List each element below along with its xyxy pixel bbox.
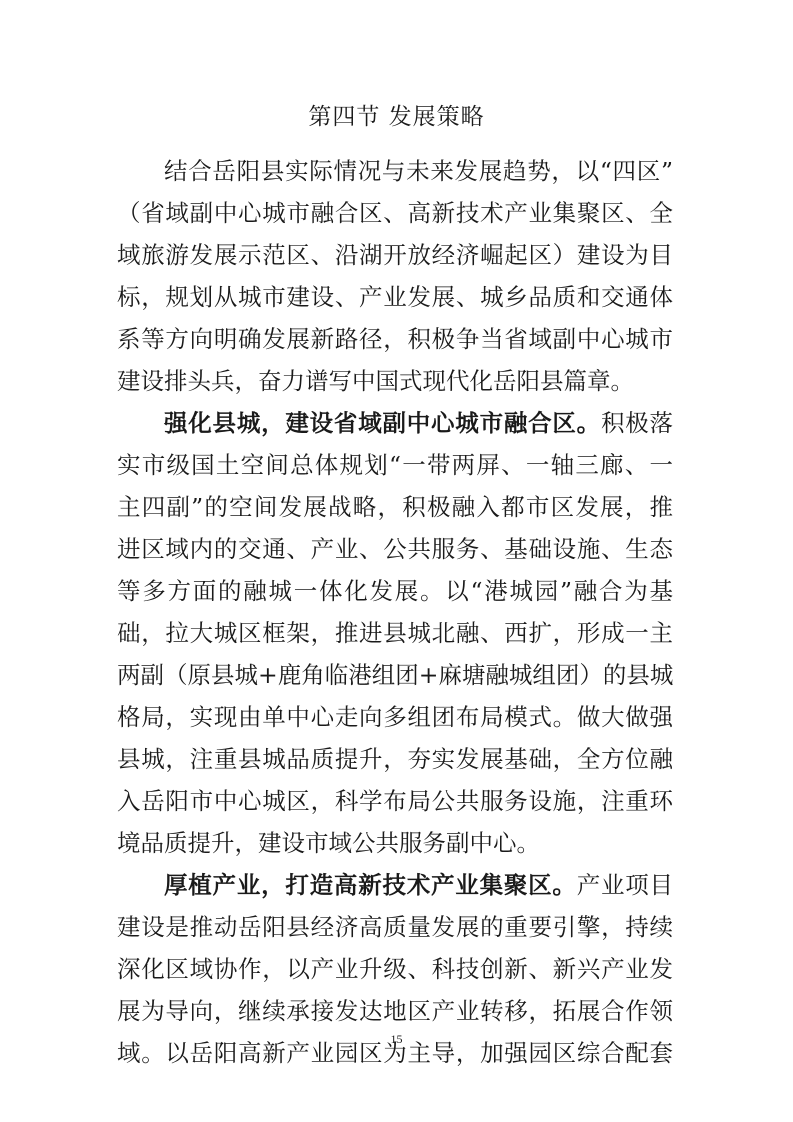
text-line: 础，拉大城区框架，推进县城北融、西扩，形成一主 <box>117 612 673 654</box>
text-line: 展为导向，继续承接发达地区产业转移，拓展合作领 <box>117 990 673 1032</box>
text-line: 深化区域协作，以产业升级、科技创新、新兴产业发 <box>117 948 673 990</box>
text-line: 主四副”的空间发展战略，积极融入都市区发展，推 <box>117 486 673 528</box>
text-line: 域旅游发展示范区、沿湖开放经济崛起区）建设为目 <box>117 234 673 276</box>
paragraph-text: 产业项目 <box>577 871 673 899</box>
document-page: 第四节 发展策略 结合岳阳县实际情况与未来发展趋势，以“四区” （省域副中心城市… <box>0 0 793 1122</box>
paragraph-county-city: 强化县城，建设省域副中心城市融合区。积极落 实市级国土空间总体规划“一带两屏、一… <box>117 402 673 864</box>
text-line: 系等方向明确发展新路径，积极争当省域副中心城市 <box>117 318 673 360</box>
text-line: 两副（原县城+鹿角临港组团+麻塘融城组团）的县城 <box>117 654 673 696</box>
text-line: 厚植产业，打造高新技术产业集聚区。产业项目 <box>117 864 673 906</box>
text-line: 标，规划从城市建设、产业发展、城乡品质和交通体 <box>117 276 673 318</box>
text-line: 建设是推动岳阳县经济高质量发展的重要引擎，持续 <box>117 906 673 948</box>
paragraph-overview: 结合岳阳县实际情况与未来发展趋势，以“四区” （省域副中心城市融合区、高新技术产… <box>117 150 673 402</box>
text-line: 县城，注重县城品质提升，夯实发展基础，全方位融 <box>117 738 673 780</box>
paragraph-text: 积极落 <box>601 409 673 437</box>
text-line: 入岳阳市中心城区，科学布局公共服务设施，注重环 <box>117 780 673 822</box>
paragraph-heading: 厚植产业，打造高新技术产业集聚区。 <box>164 871 577 899</box>
text-line: 结合岳阳县实际情况与未来发展趋势，以“四区” <box>117 150 673 192</box>
text-line: 格局，实现由单中心走向多组团布局模式。做大做强 <box>117 696 673 738</box>
section-title: 第四节 发展策略 <box>0 100 793 134</box>
text-line: 强化县城，建设省域副中心城市融合区。积极落 <box>117 402 673 444</box>
page-number: 15 <box>0 1032 793 1047</box>
text-line: 建设排头兵，奋力谱写中国式现代化岳阳县篇章。 <box>117 360 673 402</box>
text-line: 实市级国土空间总体规划“一带两屏、一轴三廊、一 <box>117 444 673 486</box>
paragraph-heading: 强化县城，建设省域副中心城市融合区。 <box>164 409 601 437</box>
body-text: 结合岳阳县实际情况与未来发展趋势，以“四区” （省域副中心城市融合区、高新技术产… <box>117 150 673 1074</box>
text-line: （省域副中心城市融合区、高新技术产业集聚区、全 <box>117 192 673 234</box>
text-line: 等多方面的融城一体化发展。以“港城园”融合为基 <box>117 570 673 612</box>
text-line: 境品质提升，建设市域公共服务副中心。 <box>117 822 673 864</box>
text-line: 进区域内的交通、产业、公共服务、基础设施、生态 <box>117 528 673 570</box>
